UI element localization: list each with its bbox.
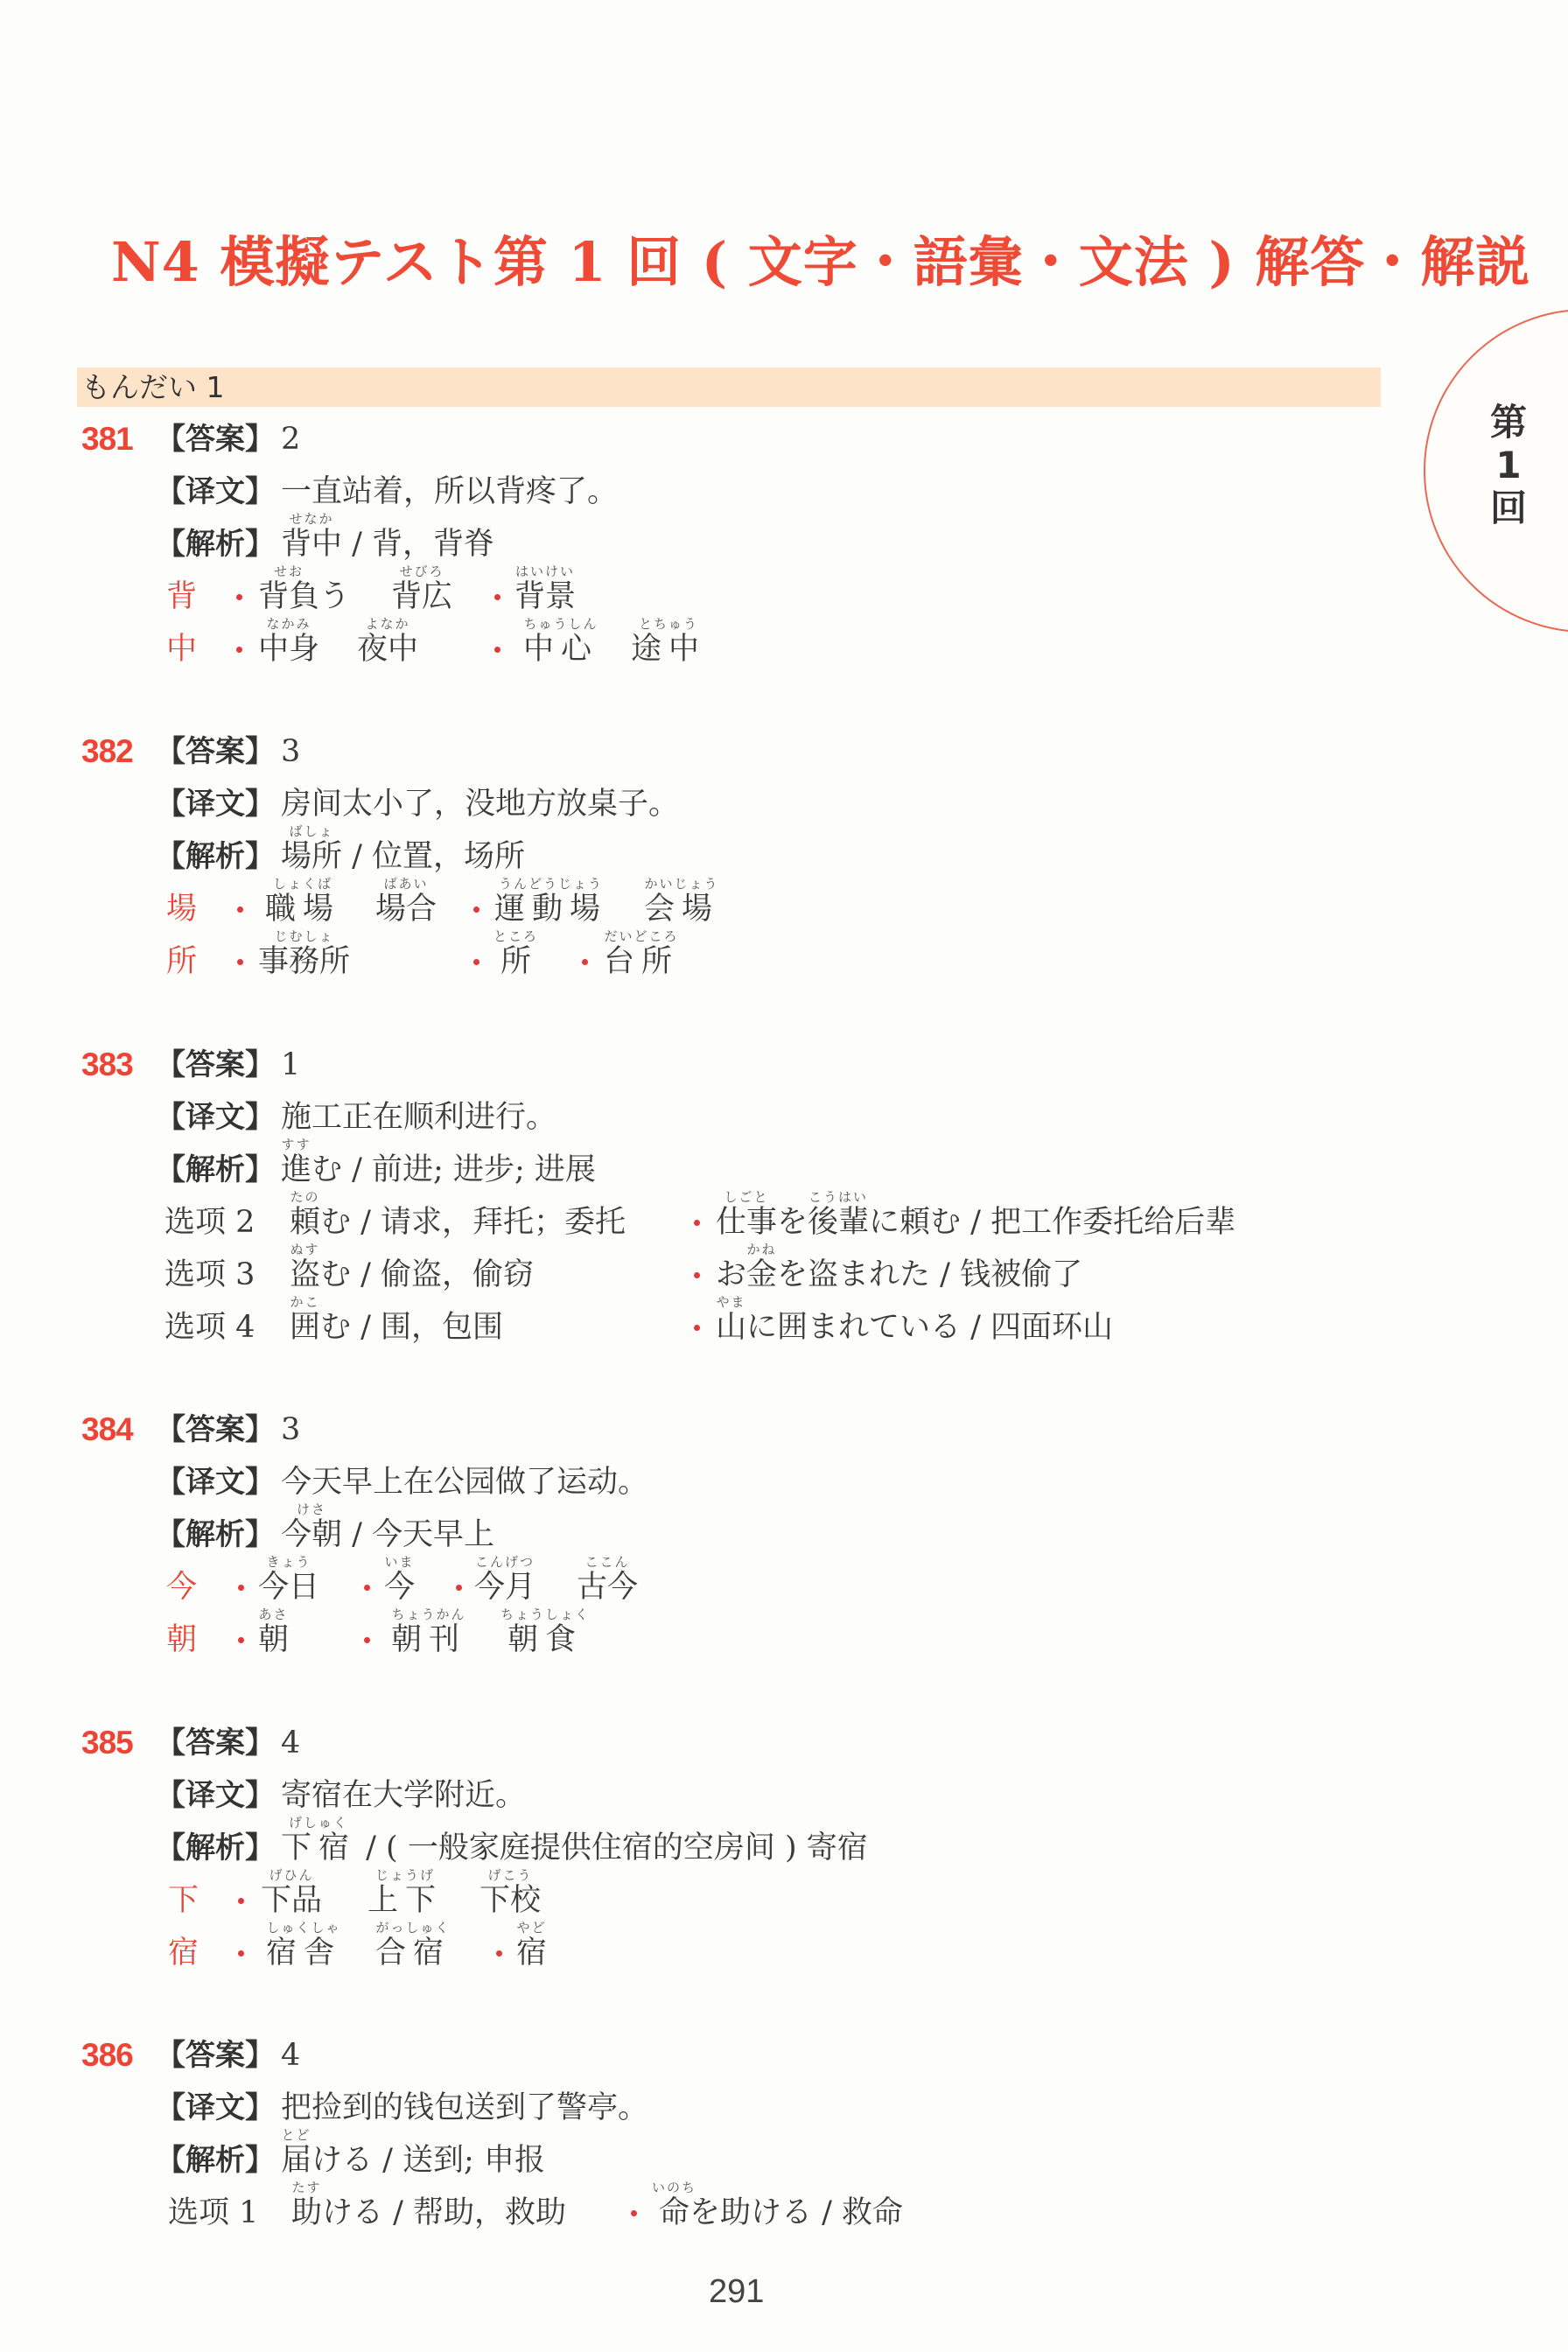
translation-text: 房间太小了，没地方放桌子。 — [281, 778, 679, 830]
vocab-word: ちょうかん朝刊 — [391, 1613, 466, 1666]
bullet-icon — [494, 647, 500, 653]
option-label: 选项 4 — [164, 1301, 255, 1354]
analysis-meaning: ける / 送到; 申报 — [311, 2143, 545, 2178]
furigana: たの — [290, 1191, 319, 1204]
furigana: せなか — [289, 513, 333, 526]
furigana: かいじょう — [644, 878, 718, 891]
furigana: ばあい — [383, 878, 428, 891]
furigana: やま — [716, 1296, 745, 1309]
analysis-meaning: / 背，背脊 — [342, 527, 494, 562]
option-row: 选项 2 たの頼む / 请求，拜托；委托 しごと仕事をこうはい後輩に頼む / 把… — [0, 1196, 1568, 1249]
bullet-icon — [238, 1898, 244, 1904]
option-meaning: たす助ける / 帮助，救助 — [291, 2187, 566, 2239]
furigana: せびろ — [399, 565, 444, 578]
bullet-icon — [631, 2210, 637, 2216]
translation-text: 今天早上在公园做了运动。 — [281, 1456, 648, 1508]
analysis-text: けさ今朝 / 今天早上 — [281, 1508, 494, 1561]
vocab-word: ばあい場合 — [375, 883, 437, 935]
vocab-word: はいけい背景 — [514, 570, 576, 623]
analysis-meaning: / 今天早上 — [342, 1517, 494, 1552]
answer-label: 【答案】 — [156, 1717, 275, 1769]
section-title: もんだい 1 — [81, 367, 225, 407]
analysis-label: 【解析】 — [156, 1508, 275, 1561]
bullet-icon — [494, 594, 500, 600]
analysis-meaning: / ( 一般家庭提供住宿的空房间 ) 寄宿 — [356, 1830, 868, 1865]
analysis-label: 【解析】 — [156, 1144, 275, 1196]
furigana: しょくば — [273, 878, 332, 891]
answer-label: 【答案】 — [156, 1039, 275, 1091]
entry-384: 384 【答案】 3 【译文】 今天早上在公园做了运动。 【解析】 けさ今朝 /… — [0, 1403, 1568, 1666]
furigana: じむしょ — [274, 930, 333, 943]
furigana: うんどうじょう — [499, 878, 603, 891]
furigana: いま — [384, 1556, 414, 1569]
analysis-text: せなか背中 / 背，背脊 — [281, 518, 494, 570]
option-row: 选项 3 ぬす盗む / 偷盗，偷窃 おかね金を盗まれた / 钱被偷了 — [0, 1249, 1568, 1301]
analysis-text: げしゅく下宿 / ( 一般家庭提供住宿的空房间 ) 寄宿 — [281, 1822, 868, 1874]
furigana: いのち — [652, 2181, 696, 2194]
bullet-icon — [238, 1950, 244, 1956]
kanji-row: 所 じむしょ事務所 ところ所 だいどころ台所 — [0, 935, 1568, 988]
translation-label: 【译文】 — [156, 1769, 275, 1822]
furigana: かこ — [290, 1296, 319, 1309]
kanji-row: 背 せお背負う せびろ背広 はいけい背景 — [0, 570, 1568, 623]
furigana: きょう — [266, 1556, 311, 1569]
vocab-word: しょくば職場 — [265, 883, 340, 935]
translation-label: 【译文】 — [156, 465, 275, 518]
vocab-word: かいじょう会場 — [644, 883, 719, 935]
bullet-icon — [238, 1585, 244, 1591]
bullet-icon — [473, 906, 479, 913]
answer-label: 【答案】 — [156, 1403, 275, 1456]
option-meaning: たの頼む / 请求，拜托；委托 — [290, 1196, 626, 1249]
bullet-icon — [496, 1950, 502, 1956]
bullet-icon — [237, 959, 243, 965]
question-number: 384 — [81, 1403, 133, 1456]
question-number: 385 — [81, 1717, 133, 1769]
furigana: ぬす — [290, 1243, 319, 1256]
answer-value: 4 — [281, 1717, 300, 1769]
vocab-word: じょうげ上下 — [367, 1874, 443, 1927]
analysis-label: 【解析】 — [156, 1822, 275, 1874]
bullet-icon — [694, 1272, 700, 1278]
ruby-word: げしゅく下宿 — [281, 1822, 356, 1874]
bullet-icon — [694, 1325, 700, 1331]
furigana: げこう — [487, 1869, 532, 1882]
answer-value: 4 — [281, 2029, 300, 2082]
ruby-word: ばしょ場所 — [281, 830, 342, 883]
furigana: ちゅうしん — [523, 618, 598, 631]
word-base: 背中 — [281, 527, 342, 562]
bullet-icon — [694, 1220, 700, 1226]
bullet-icon — [456, 1585, 462, 1591]
answer-value: 2 — [281, 413, 300, 465]
analysis-text: とど届ける / 送到; 申报 — [281, 2134, 545, 2187]
furigana: だいどころ — [604, 930, 678, 943]
bullet-icon — [236, 594, 242, 600]
translation-label: 【译文】 — [156, 2082, 275, 2134]
furigana: かね — [747, 1243, 777, 1256]
analysis-meaning: / 位置，场所 — [342, 839, 525, 874]
translation-label: 【译文】 — [156, 1456, 275, 1508]
furigana: なかみ — [266, 618, 311, 631]
option-meaning: ぬす盗む / 偷盗，偷窃 — [290, 1249, 534, 1301]
kanji-head: 朝 — [166, 1613, 197, 1666]
answer-label: 【答案】 — [156, 2029, 275, 2082]
page-number: 291 — [709, 2271, 764, 2312]
kanji-head: 宿 — [168, 1927, 199, 1979]
vocab-word: うんどうじょう運動場 — [494, 883, 607, 935]
furigana: げひん — [269, 1869, 313, 1882]
option-row: 选项 1 たす助ける / 帮助，救助 いのち命を助ける / 救命 — [0, 2187, 1568, 2239]
kanji-row: 今 きょう今日 いま今 こんげつ今月 ここん古今 — [0, 1561, 1568, 1613]
answer-label: 【答案】 — [156, 413, 275, 465]
analysis-meaning: む / 前进; 进步; 进展 — [311, 1152, 596, 1187]
answer-value: 3 — [281, 1403, 300, 1456]
option-row: 选项 4 かこ囲む / 围，包围 やま山に囲まれている / 四面环山 — [0, 1301, 1568, 1354]
furigana: しごと — [724, 1191, 768, 1204]
analysis-text: すす進む / 前进; 进步; 进展 — [281, 1144, 596, 1196]
furigana: じょうげ — [375, 1869, 435, 1882]
furigana: しゅくしゃ — [266, 1921, 340, 1935]
analysis-text: ばしょ場所 / 位置，场所 — [281, 830, 525, 883]
ruby-word: とど届 — [281, 2134, 311, 2187]
translation-label: 【译文】 — [156, 778, 275, 830]
furigana: けさ — [297, 1503, 326, 1516]
answer-label: 【答案】 — [156, 725, 275, 778]
vocab-word: よなか夜中 — [357, 623, 418, 675]
furigana: こうはい — [808, 1191, 868, 1204]
vocab-word: なかみ中身 — [258, 623, 319, 675]
bullet-icon — [473, 959, 479, 965]
kanji-row: 中 なかみ中身 よなか夜中 ちゅうしん中心 とちゅう途中 — [0, 623, 1568, 675]
vocab-word: がっしゅく合宿 — [375, 1927, 451, 1979]
vocab-word: げひん下品 — [261, 1874, 322, 1927]
vocab-word: ちょうしょく朝食 — [507, 1613, 583, 1666]
vocab-word: だいどころ台所 — [604, 935, 679, 988]
entry-386: 386 【答案】 4 【译文】 把捡到的钱包送到了警亭。 【解析】 とど届ける … — [0, 2029, 1568, 2239]
vocab-word: じむしょ事務所 — [258, 935, 350, 988]
ruby-word: すす進 — [281, 1144, 311, 1196]
analysis-label: 【解析】 — [156, 518, 275, 570]
vocab-word: せびろ背広 — [391, 570, 452, 623]
option-example: おかね金を盗まれた / 钱被偷了 — [716, 1249, 1082, 1301]
translation-label: 【译文】 — [156, 1091, 275, 1144]
furigana: がっしゅく — [375, 1921, 450, 1935]
translation-text: 把捡到的钱包送到了警亭。 — [281, 2082, 648, 2134]
kanji-row: 宿 しゅくしゃ宿舎 がっしゅく合宿 やど宿 — [0, 1927, 1568, 1979]
kanji-row: 場 しょくば職場 ばあい場合 うんどうじょう運動場 かいじょう会場 — [0, 883, 1568, 935]
furigana: こんげつ — [475, 1556, 535, 1569]
furigana: ちょうかん — [391, 1608, 465, 1621]
kanji-row: 下 げひん下品 じょうげ上下 げこう下校 — [0, 1874, 1568, 1927]
vocab-word: とちゅう途中 — [631, 623, 706, 675]
furigana: とちゅう — [639, 618, 698, 631]
kanji-head: 今 — [166, 1561, 197, 1613]
vocab-word: ところ所 — [500, 935, 531, 988]
analysis-label: 【解析】 — [156, 830, 275, 883]
furigana: げしゅく — [289, 1816, 348, 1830]
question-number: 381 — [81, 413, 133, 465]
answer-value: 1 — [281, 1039, 300, 1091]
kanji-head: 下 — [168, 1874, 199, 1927]
kanji-head: 中 — [166, 623, 197, 675]
vocab-word: ここん古今 — [577, 1561, 638, 1613]
furigana: ばしょ — [289, 825, 333, 838]
ruby-word: けさ今朝 — [281, 1508, 342, 1561]
vocab-word: きょう今日 — [258, 1561, 319, 1613]
bullet-icon — [364, 1585, 370, 1591]
vocab-word: ちゅうしん中心 — [523, 623, 598, 675]
option-example: やま山に囲まれている / 四面环山 — [716, 1301, 1113, 1354]
kanji-row: 朝 あさ朝 ちょうかん朝刊 ちょうしょく朝食 — [0, 1613, 1568, 1666]
option-meaning: かこ囲む / 围，包围 — [290, 1301, 503, 1354]
kanji-head: 背 — [166, 570, 197, 623]
furigana: とど — [281, 2129, 311, 2142]
section-header: もんだい 1 — [77, 367, 1381, 407]
vocab-word: やど宿 — [516, 1927, 547, 1979]
bullet-icon — [238, 1637, 244, 1643]
bullet-icon — [364, 1637, 370, 1643]
vocab-word: あさ朝 — [258, 1613, 289, 1666]
furigana: はいけい — [515, 565, 575, 578]
furigana: やど — [516, 1921, 546, 1935]
entry-382: 382 【答案】 3 【译文】 房间太小了，没地方放桌子。 【解析】 ばしょ場所… — [0, 725, 1568, 988]
vocab-word: しゅくしゃ宿舎 — [266, 1927, 341, 1979]
furigana: すす — [281, 1138, 311, 1151]
kanji-head: 所 — [166, 935, 197, 988]
option-example: いのち命を助ける / 救命 — [659, 2187, 903, 2239]
bullet-icon — [582, 959, 588, 965]
furigana: ここん — [584, 1556, 629, 1569]
question-number: 386 — [81, 2029, 133, 2082]
entry-383: 383 【答案】 1 【译文】 施工正在顺利进行。 【解析】 すす進む / 前进… — [0, 1039, 1568, 1354]
furigana: よなか — [365, 618, 409, 631]
kanji-head: 場 — [166, 883, 197, 935]
option-example: しごと仕事をこうはい後輩に頼む / 把工作委托给后辈 — [716, 1196, 1235, 1249]
translation-text: 一直站着，所以背疼了。 — [281, 465, 618, 518]
analysis-label: 【解析】 — [156, 2134, 275, 2187]
vocab-word: こんげつ今月 — [474, 1561, 535, 1613]
furigana: ところ — [493, 930, 538, 943]
option-label: 选项 3 — [164, 1249, 255, 1301]
furigana: たす — [291, 2181, 321, 2194]
furigana: せお — [274, 565, 304, 578]
translation-text: 施工正在顺利进行。 — [281, 1091, 556, 1144]
vocab-word: げこう下校 — [479, 1874, 541, 1927]
entry-381: 381 【答案】 2 【译文】 一直站着，所以背疼了。 【解析】 せなか背中 /… — [0, 413, 1568, 675]
question-number: 383 — [81, 1039, 133, 1091]
furigana: ちょうしょく — [500, 1608, 590, 1621]
furigana: あさ — [258, 1608, 288, 1621]
answer-value: 3 — [281, 725, 300, 778]
option-label: 选项 1 — [168, 2187, 258, 2239]
vocab-word: いま今 — [384, 1561, 415, 1613]
vocab-word: せお背負う — [258, 570, 350, 623]
page-title: N4 模擬テスト第 1 回 ( 文字・語彙・文法 ) 解答・解説 — [111, 229, 1530, 295]
bullet-icon — [236, 647, 242, 653]
bullet-icon — [237, 906, 243, 913]
ruby-word: せなか背中 — [281, 518, 342, 570]
option-label: 选项 2 — [164, 1196, 255, 1249]
entry-385: 385 【答案】 4 【译文】 寄宿在大学附近。 【解析】 げしゅく下宿 / (… — [0, 1717, 1568, 1979]
translation-text: 寄宿在大学附近。 — [281, 1769, 526, 1822]
question-number: 382 — [81, 725, 133, 778]
